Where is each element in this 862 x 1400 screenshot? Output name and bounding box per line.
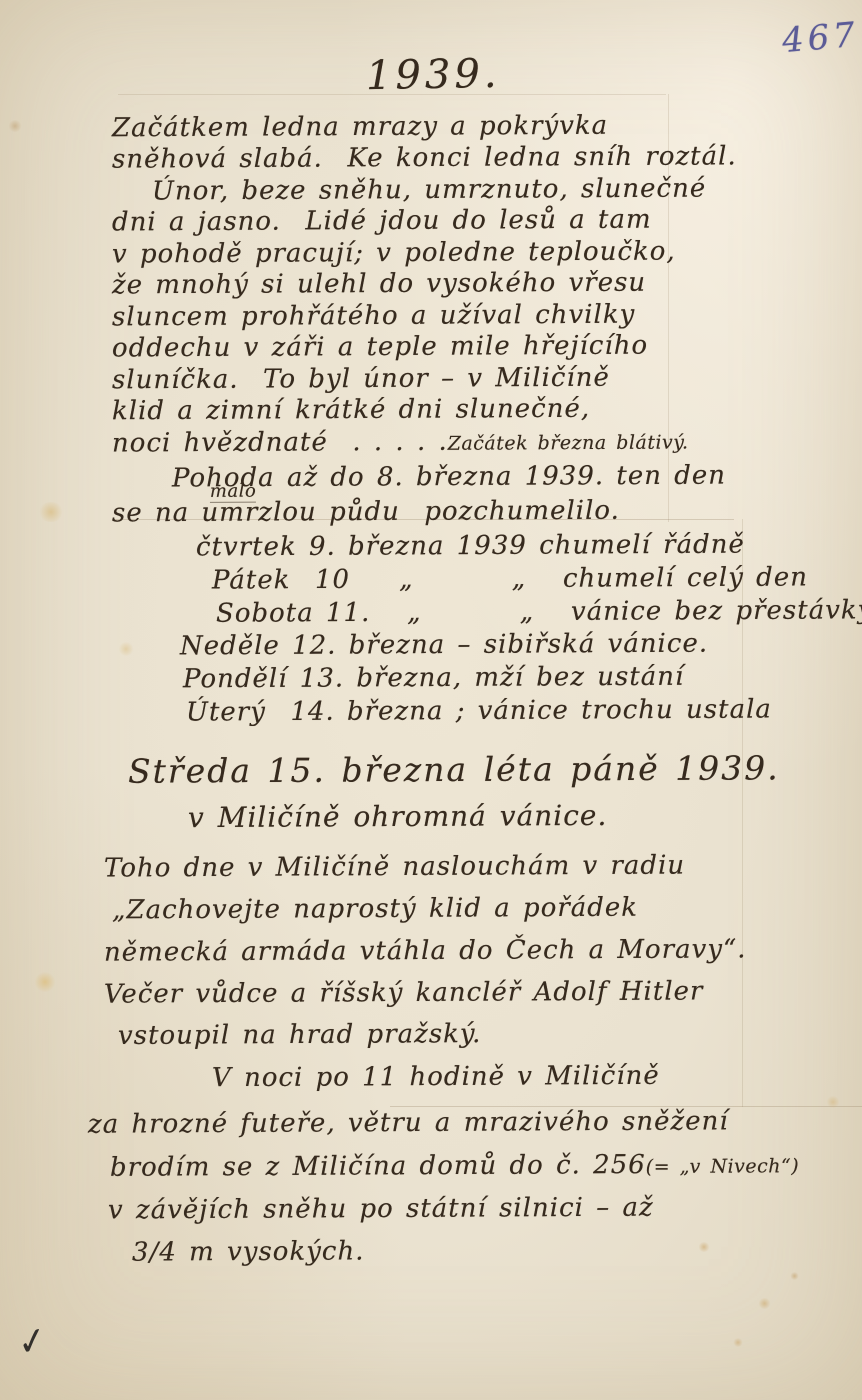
handwriting-line: sluníčka. To byl únor – v Miličíně <box>112 363 610 396</box>
paper-stain <box>698 1242 710 1252</box>
paper-stain <box>34 972 56 992</box>
handwriting-note: (= „v Nivech“) <box>646 1155 799 1178</box>
handwriting-segment: umrzlou půdu pozchumelilo. <box>201 496 619 528</box>
handwriting-line: 3/4 m vysokých. <box>132 1236 365 1267</box>
chronicle-page: 467 1939. Začátkem ledna mrazy a pokrývk… <box>0 0 862 1400</box>
handwriting-note: Začátek března blátivý. <box>448 431 689 454</box>
handwriting-line: noci hvězdnaté . . . . .Začátek března b… <box>112 425 689 458</box>
paper-stain <box>38 502 64 522</box>
weather-day-line: Sobota 11. „ „ vánice bez přestávky <box>216 595 862 628</box>
paper-stain <box>733 1338 743 1347</box>
handwriting-line: německá armáda vtáhla do Čech a Moravy“. <box>104 934 747 967</box>
handwriting-line: Večer vůdce a říšský kancléř Adolf Hitle… <box>104 976 704 1009</box>
handwriting-line: oddechu v záři a teple mile hřejícího <box>112 331 648 364</box>
handwriting-line: Toho dne v Miličíně naslouchám v radiu <box>104 850 685 883</box>
handwriting-line: Začátkem ledna mrazy a pokrývka <box>112 111 608 144</box>
weather-day-line: Pondělí 13. března, mží bez ustání <box>183 662 684 695</box>
handwriting-line: za hrozné futeře, větru a mrazivého sněž… <box>88 1106 729 1139</box>
weather-day-line: čtvrtek 9. března 1939 chumelí řádně <box>196 530 745 563</box>
inserted-word: málo <box>210 481 257 503</box>
handwriting-line: vstoupil na hrad pražský. <box>118 1019 482 1051</box>
handwriting-line: že mnohý si ulehl do vysokého vřesu <box>112 268 646 301</box>
handwriting-line: V noci po 11 hodině v Miličíně <box>212 1061 660 1093</box>
paper-stain <box>790 1272 799 1280</box>
paper-stain <box>8 120 22 132</box>
march15-subheading: v Miličíně ohromná vánice. <box>188 799 608 834</box>
page-number: 467 <box>780 15 860 62</box>
year-title: 1939. <box>366 51 501 99</box>
paper-stain <box>118 642 134 656</box>
handwriting-line: „Zachovejte naprostý klid a pořádek <box>112 893 638 926</box>
handwriting-segment: noci hvězdnaté . . . . . <box>112 427 448 459</box>
handwriting-segment: brodím se z Miličína domů do č. 256 <box>110 1150 646 1183</box>
handwriting-line: Únor, beze sněhu, umrznuto, slunečné <box>152 174 706 207</box>
handwriting-segment: se na <box>112 498 202 528</box>
handwriting-line: brodím se z Miličína domů do č. 256(= „v… <box>110 1149 799 1183</box>
paper-stain <box>758 1298 771 1309</box>
paper-stain <box>826 1096 840 1108</box>
weather-day-line: Pátek 10 „ „ chumelí celý den <box>212 562 808 595</box>
handwriting-line: v závějích sněhu po státní silnici – až <box>108 1193 654 1226</box>
handwriting-line: klid a zimní krátké dni slunečné, <box>112 394 590 427</box>
handwriting-line: sněhová slabá. Ke konci ledna sníh roztá… <box>112 141 737 174</box>
march15-heading: Středa 15. března léta páně 1939. <box>128 748 780 790</box>
handwriting-line: se na máloumrzlou půdu pozchumelilo. <box>112 496 620 529</box>
check-mark: ✓ <box>15 1317 50 1367</box>
weather-day-line: Úterý 14. března ; vánice trochu ustala <box>186 694 772 727</box>
weather-day-line: Neděle 12. března – sibiřská vánice. <box>180 629 708 662</box>
handwriting-line: sluncem prohřátého a užíval chvilky <box>112 300 635 333</box>
handwriting-line: v pohodě pracují; v poledne teploučko, <box>112 237 676 270</box>
handwriting-line: dni a jasno. Lidé jdou do lesů a tam <box>112 205 652 238</box>
